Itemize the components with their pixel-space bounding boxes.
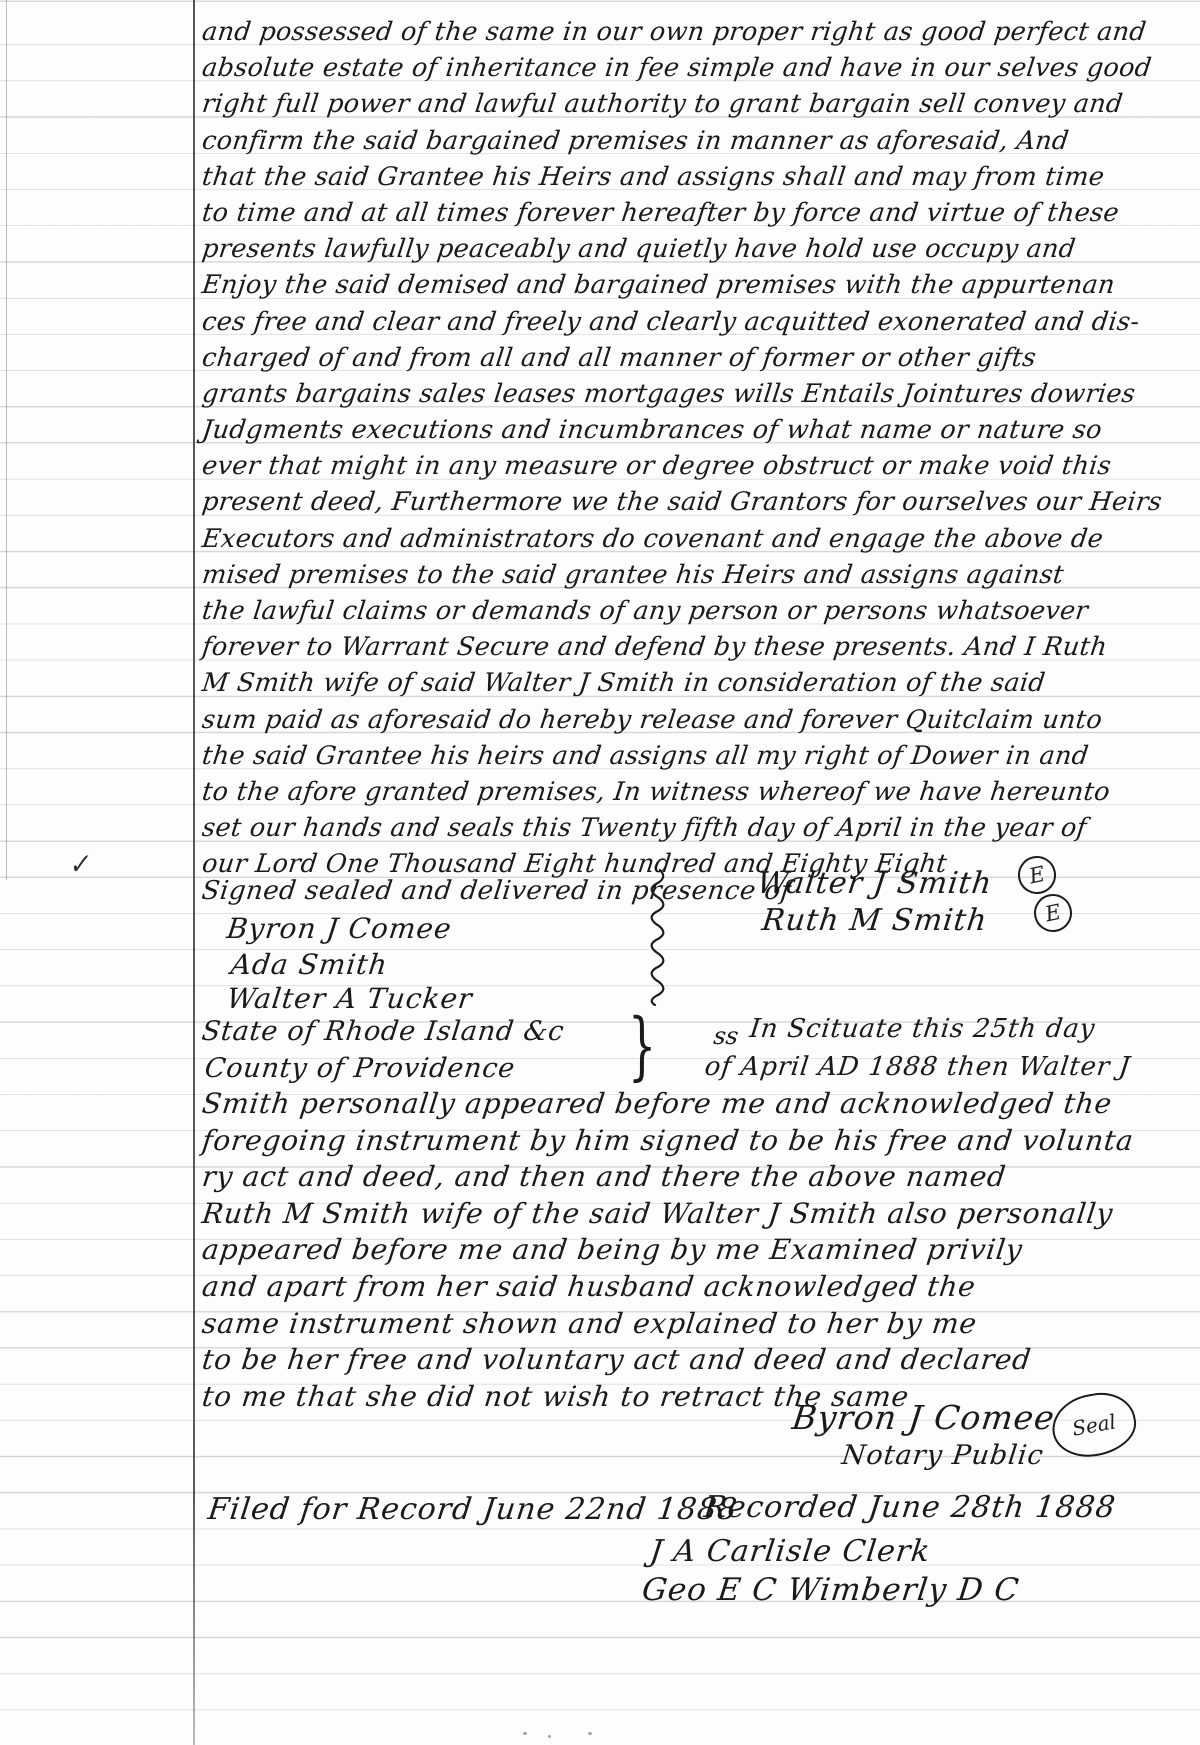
deed-text-line: charged of and from all and all manner o… <box>200 340 1164 376</box>
scan-edge-line <box>6 0 7 880</box>
seal-mark-letter: E <box>1027 862 1047 889</box>
deed-text-line: confirm the said bargained premises in m… <box>200 123 1164 159</box>
scan-speck <box>523 1732 527 1735</box>
notary-signature: Byron J Comee <box>790 1398 1057 1437</box>
acknowledgment-text-line: Ruth M Smith wife of the said Walter J S… <box>200 1196 1136 1233</box>
notary-title: Notary Public <box>840 1440 1046 1471</box>
check-mark-icon: ✓ <box>66 849 92 882</box>
deed-text-line: forever to Warrant Secure and defend by … <box>200 629 1164 665</box>
deed-text-line: to time and at all times forever hereaft… <box>200 195 1164 231</box>
grantor-wife-signature: Ruth M Smith <box>760 903 989 938</box>
scan-speck <box>548 1735 551 1738</box>
recorded-line: Recorded June 28th 1888 <box>702 1490 1118 1525</box>
deed-text-line: Judgments executions and incumbrances of… <box>200 412 1164 448</box>
acknowledgment-text-line: appeared before me and being by me Exami… <box>200 1232 1136 1269</box>
acknowledgment-text-line: ry act and deed, and then and there the … <box>200 1159 1136 1196</box>
grantor-signature: Walter J Smith <box>755 866 994 901</box>
attestation-brace-squiggle-icon <box>636 868 670 1006</box>
scanned-deed-page: ✓ and possessed of the same in our own p… <box>0 0 1200 1745</box>
deed-text-line: Executors and administrators do covenant… <box>200 521 1164 557</box>
deed-text-line: to the afore granted premises, In witnes… <box>200 774 1164 810</box>
deed-text-line: and possessed of the same in our own pro… <box>200 14 1164 50</box>
deed-text-line: ever that might in any measure or degree… <box>200 448 1164 484</box>
deed-text-line: present deed, Furthermore we the said Gr… <box>200 484 1164 520</box>
venue-right-line: of April AD 1888 then Walter J <box>703 1052 1132 1082</box>
deed-text-line: the lawful claims or demands of any pers… <box>200 593 1164 629</box>
venue-state-line: State of Rhode Island &c <box>200 1016 566 1047</box>
deed-text-line: sum paid as aforesaid do hereby release … <box>200 702 1164 738</box>
deed-text-line: M Smith wife of said Walter J Smith in c… <box>200 665 1164 701</box>
deed-text-line: absolute estate of inheritance in fee si… <box>200 50 1164 86</box>
venue-right-line: In Scituate this 25th day <box>748 1014 1097 1044</box>
margin-rule-line <box>193 0 195 1745</box>
deed-text-line: the said Grantee his heirs and assigns a… <box>200 738 1164 774</box>
seal-mark-letter: E <box>1043 900 1063 927</box>
scan-speck <box>588 1732 592 1735</box>
clerk-signature: J A Carlisle Clerk <box>648 1534 933 1569</box>
witness-signature: Byron J Comee <box>225 912 454 945</box>
deed-text-line: mised premises to the said grantee his H… <box>200 557 1164 593</box>
acknowledgment-text-line: to be her free and voluntary act and dee… <box>200 1342 1136 1379</box>
deed-text-line: that the said Grantee his Heirs and assi… <box>200 159 1164 195</box>
deed-text-line: presents lawfully peaceably and quietly … <box>200 231 1164 267</box>
deed-text-line: right full power and lawful authority to… <box>200 86 1164 122</box>
presence-clause: Signed sealed and delivered in presence … <box>200 876 793 906</box>
witness-signature: Walter A Tucker <box>225 982 475 1015</box>
deputy-clerk-signature: Geo E C Wimberly D C <box>640 1572 1021 1608</box>
ss-abbreviation: ss <box>712 1022 740 1050</box>
acknowledgment-text-line: Smith personally appeared before me and … <box>200 1086 1136 1123</box>
notary-seal-label: Seal <box>1070 1409 1117 1440</box>
venue-brace-icon: } <box>628 1003 656 1089</box>
deed-text-line: ces free and clear and freely and clearl… <box>200 304 1164 340</box>
deed-text-line: set our hands and seals this Twenty fift… <box>200 810 1164 846</box>
venue-county-line: County of Providence <box>203 1053 517 1084</box>
deed-text-line: grants bargains sales leases mortgages w… <box>200 376 1164 412</box>
acknowledgment-text-line: foregoing instrument by him signed to be… <box>200 1123 1136 1160</box>
deed-body-paragraph: and possessed of the same in our own pro… <box>200 14 1160 883</box>
acknowledgment-text-line: and apart from her said husband acknowle… <box>200 1269 1136 1306</box>
filed-for-record-line: Filed for Record June 22nd 1888 <box>206 1492 740 1527</box>
acknowledgment-text-line: same instrument shown and explained to h… <box>200 1306 1136 1343</box>
witness-signature: Ada Smith <box>229 948 390 981</box>
seal-icon: E <box>1030 890 1075 935</box>
acknowledgment-paragraph: Smith personally appeared before me and … <box>200 1086 1131 1415</box>
deed-text-line: Enjoy the said demised and bargained pre… <box>200 267 1164 303</box>
